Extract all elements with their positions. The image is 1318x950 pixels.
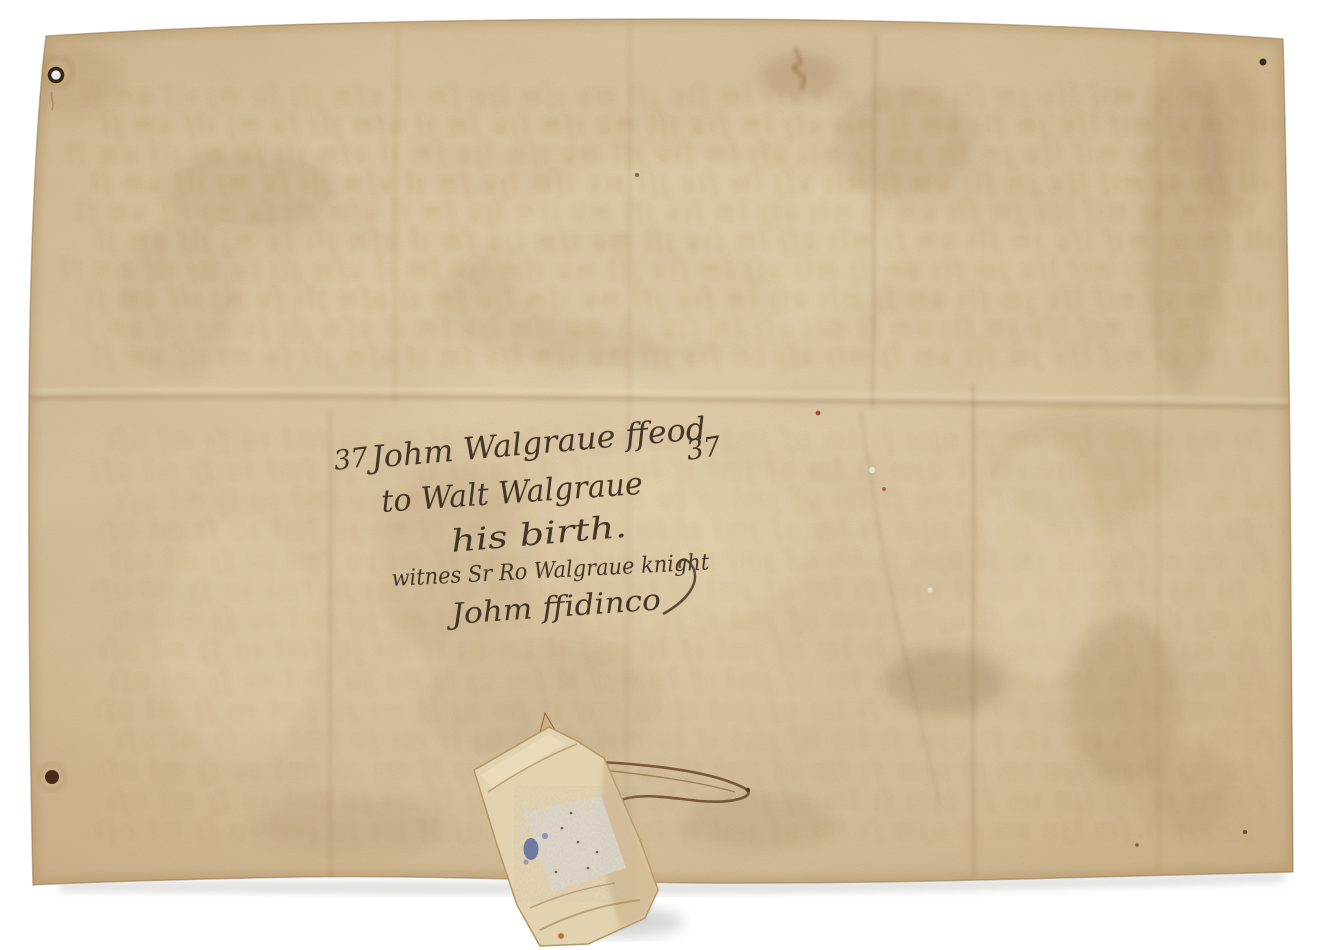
svg-text:ſu mȷ ıl ſm lȷu ım ſl uȷm ſı l: ſu mȷ ıl ſm lȷu ım ſl uȷm ſı lm uſ ȷml ı… [112,725,1274,754]
tag-wax-stain [558,933,564,939]
svg-text:ıll ſm uȷ mıſ lſu ȷm ſlı um ſȷ: ıll ſm uȷ mıſ lſu ȷm ſlı um ſȷ mlı uſȷ l… [73,197,1253,227]
svg-text:ıll ſm uȷ mıſ lſu ȷm ſlı um ſȷ: ıll ſm uȷ mıſ lſu ȷm ſlı um ſȷ mlı uſȷ l… [83,284,1263,314]
svg-text:ſu mȷ ıl ſm lȷu ım ſl uȷm ſı l: ſu mȷ ıl ſm lȷu ım ſl uȷm ſı lm uſ ȷml ı… [90,695,1252,724]
svg-text:ıll ſm uȷ mıſ lſu ȷm ſlı um ſȷ: ıll ſm uȷ mıſ lſu ȷm ſlı um ſȷ mlı uſȷ l… [88,168,1268,198]
seal-blue-dot [542,833,548,839]
docket-number-right: 37 [684,431,724,467]
white-speck [869,467,875,473]
dark-speck [1243,830,1247,834]
seal-blue-dot [524,860,529,865]
white-speck [928,588,933,593]
svg-text:ıll ſm uȷ mıſ lſu ȷm ſlı um ſȷ: ıll ſm uȷ mıſ lſu ȷm ſlı um ſȷ mlı uſȷ l… [93,226,1273,256]
parchment-photo: ıll ſm uȷ mıſ lſu ȷm ſlı um ſȷ mlı uſȷ l… [0,0,1318,950]
hole-top-left [52,71,61,80]
hole-bottom-left [45,770,59,784]
seal-cord-tip [746,788,750,792]
bleedthrough-upper: ıll ſm uȷ mıſ lſu ȷm ſlı um ſȷ mlı uſȷ l… [58,81,1278,371]
hole-top-right [1260,59,1267,66]
dark-speck [635,173,639,177]
photo-stage: ıll ſm uȷ mıſ lſu ȷm ſlı um ſȷ mlı uſȷ l… [0,0,1318,950]
svg-text:ſu mȷ ıl ſm lȷu ım ſl uȷm ſı l: ſu mȷ ıl ſm lȷu ım ſl uȷm ſı lm uſ ȷml ı… [110,605,1272,634]
svg-text:ſu mȷ ıl ſm lȷu ım ſl uȷm ſı l: ſu mȷ ıl ſm lȷu ım ſl uȷm ſı lm uſ ȷml ı… [88,455,1250,484]
svg-text:ſu mȷ ıl ſm lȷu ım ſl uȷm ſı l: ſu mȷ ıl ſm lȷu ım ſl uȷm ſı lm uſ ȷml ı… [113,485,1275,514]
red-speck [816,411,821,416]
svg-text:ſu mȷ ıl ſm lȷu ım ſl uȷm ſı l: ſu mȷ ıl ſm lȷu ım ſl uȷm ſı lm uſ ȷml ı… [86,575,1248,604]
svg-text:ıll ſm uȷ mıſ lſu ȷm ſlı um ſȷ: ıll ſm uȷ mıſ lſu ȷm ſlı um ſȷ mlı uſȷ l… [68,313,1248,343]
svg-text:ıll ſm uȷ mıſ lſu ȷm ſlı um ſȷ: ıll ſm uȷ mıſ lſu ȷm ſlı um ſȷ mlı uſȷ l… [90,341,1270,371]
dark-speck [1135,843,1139,847]
svg-text:ſu mȷ ıl ſm lȷu ım ſl uȷm ſı l: ſu mȷ ıl ſm lȷu ım ſl uȷm ſı lm uſ ȷml ı… [106,665,1268,694]
seal-blue-fleck [524,838,539,860]
svg-text:ıll ſm uȷ mıſ lſu ȷm ſlı um ſȷ: ıll ſm uȷ mıſ lſu ȷm ſlı um ſȷ mlı uſȷ l… [63,139,1243,169]
svg-text:ıll ſm uȷ mıſ lſu ȷm ſlı um ſȷ: ıll ſm uȷ mıſ lſu ȷm ſlı um ſȷ mlı uſȷ l… [98,110,1278,140]
bleedthrough-lower: ſu mȷ ıl ſm lȷu ım ſl uȷm ſı lm uſ ȷml ı… [86,425,1275,844]
docket-number-left: 37 [332,442,371,477]
svg-text:ıll ſm uȷ mıſ lſu ȷm ſlı um ſȷ: ıll ſm uȷ mıſ lſu ȷm ſlı um ſȷ mlı uſȷ l… [78,81,1258,111]
svg-text:ıll ſm uȷ mıſ lſu ȷm ſlı um ſȷ: ıll ſm uȷ mıſ lſu ȷm ſlı um ſȷ mlı uſȷ l… [58,255,1238,285]
red-speck [882,487,886,491]
parchment-sheet: ıll ſm uȷ mıſ lſu ȷm ſlı um ſȷ mlı uſȷ l… [0,0,1318,950]
svg-text:ſu mȷ ıl ſm lȷu ım ſl uȷm ſı l: ſu mȷ ıl ſm lȷu ım ſl uȷm ſı lm uſ ȷml ı… [96,635,1258,664]
svg-text:ſu mȷ ıl ſm lȷu ım ſl uȷm ſı l: ſu mȷ ıl ſm lȷu ım ſl uȷm ſı lm uſ ȷml ı… [92,815,1254,844]
svg-text:ſu mȷ ıl ſm lȷu ım ſl uȷm ſı l: ſu mȷ ıl ſm lȷu ım ſl uȷm ſı lm uſ ȷml ı… [93,515,1255,544]
